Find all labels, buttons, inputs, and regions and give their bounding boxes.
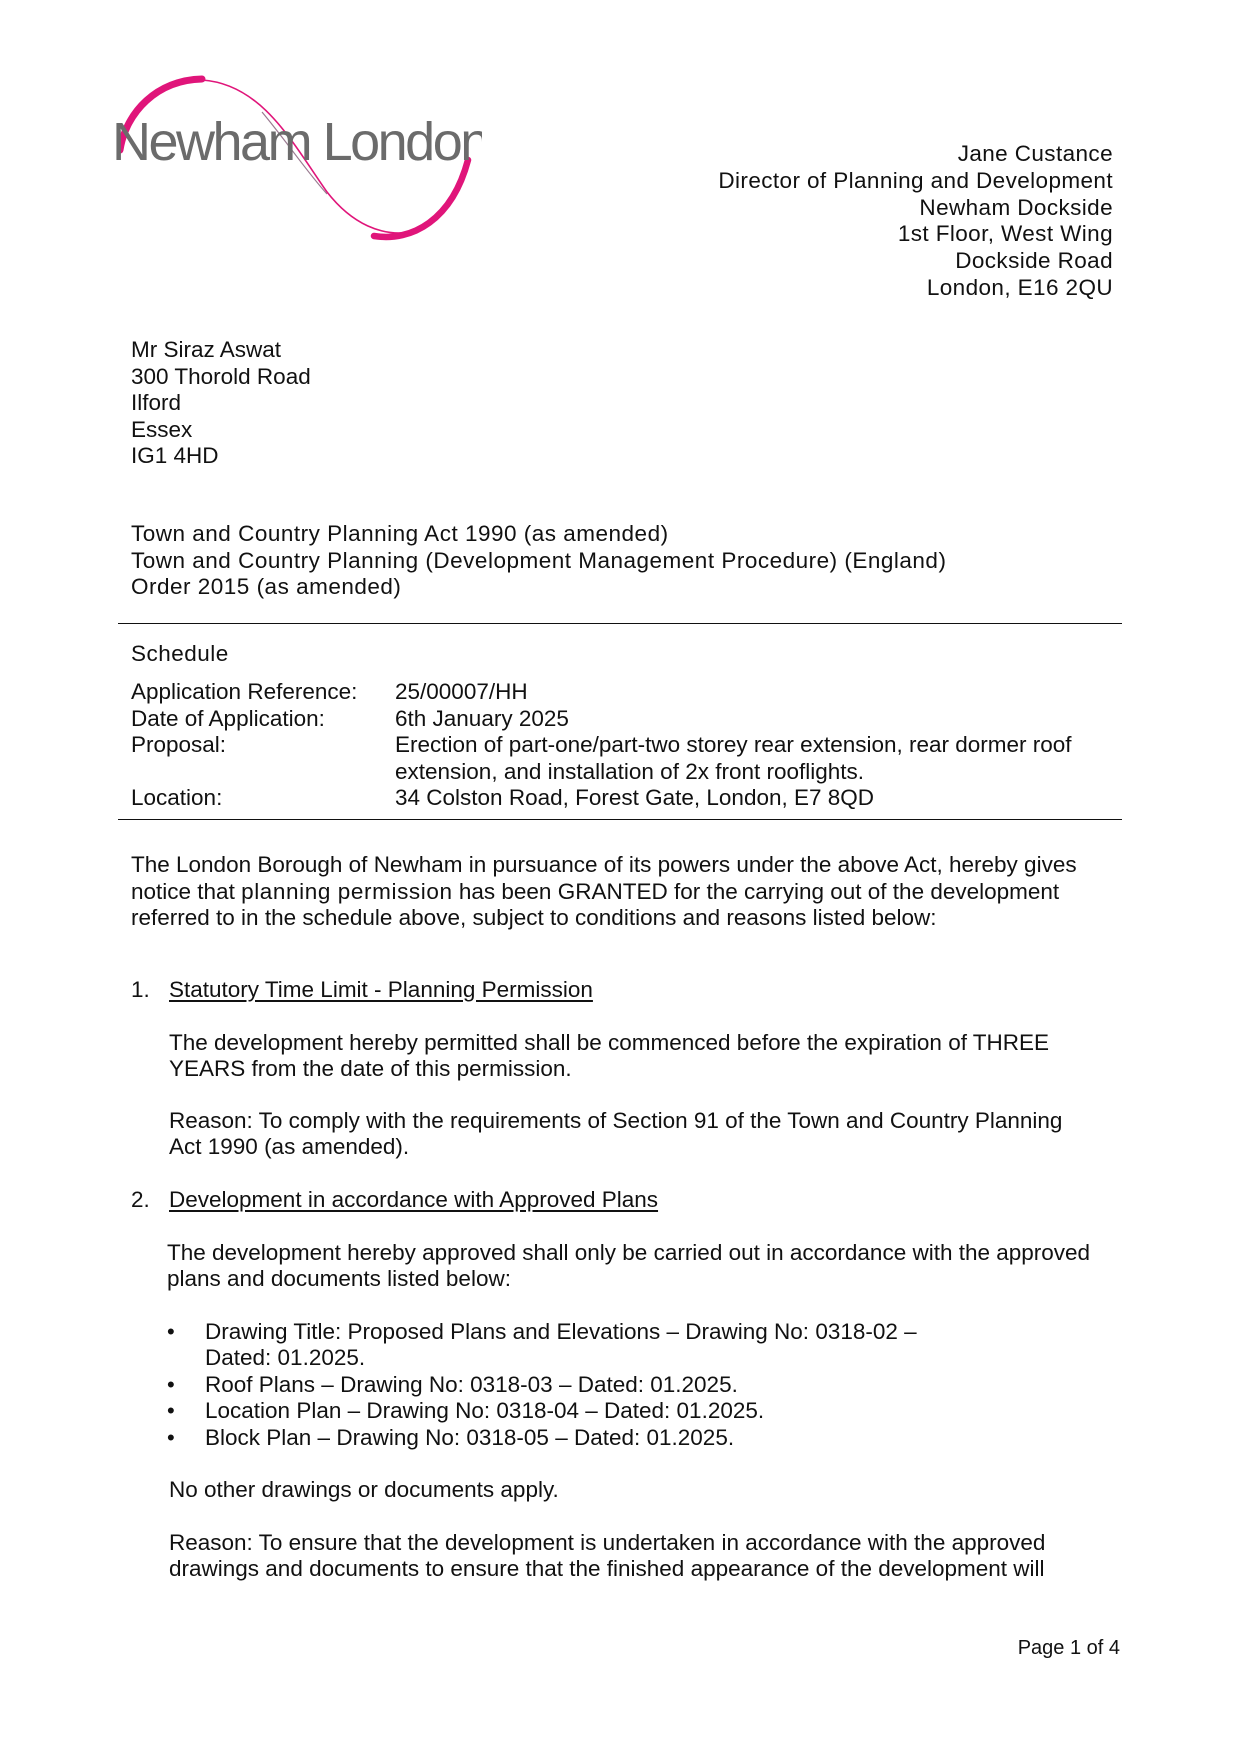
- sender-address-line: London, E16 2QU: [718, 275, 1113, 302]
- schedule-row-proposal: Proposal: Erection of part-one/part-two …: [131, 732, 1121, 785]
- recipient-postcode: IG1 4HD: [131, 443, 311, 470]
- sender-name: Jane Custance: [718, 141, 1113, 168]
- recipient-address-line: 300 Thorold Road: [131, 364, 311, 391]
- schedule-label: Application Reference:: [131, 679, 395, 706]
- logo-text: Newham London: [112, 112, 482, 172]
- newham-london-logo: Newham London: [112, 72, 482, 242]
- condition-note: No other drawings or documents apply.: [169, 1477, 1111, 1504]
- list-item: Roof Plans – Drawing No: 0318-03 – Dated…: [131, 1372, 1061, 1399]
- legislation-references: Town and Country Planning Act 1990 (as a…: [131, 521, 946, 601]
- schedule-label: Date of Application:: [131, 706, 395, 733]
- recipient-address-line: Essex: [131, 417, 311, 444]
- sender-address: Jane Custance Director of Planning and D…: [718, 141, 1113, 302]
- schedule-row-date: Date of Application: 6th January 2025: [131, 706, 1121, 733]
- act-line: Town and Country Planning (Development M…: [131, 548, 946, 575]
- condition-body: The development hereby permitted shall b…: [169, 1030, 1099, 1083]
- recipient-name: Mr Siraz Aswat: [131, 337, 311, 364]
- condition-title: Development in accordance with Approved …: [169, 1187, 658, 1214]
- sender-title: Director of Planning and Development: [718, 168, 1113, 195]
- list-item: Location Plan – Drawing No: 0318-04 – Da…: [131, 1398, 1061, 1425]
- page-number: Page 1 of 4: [1018, 1637, 1120, 1660]
- sender-address-line: 1st Floor, West Wing: [718, 221, 1113, 248]
- condition-reason: Reason: To comply with the requirements …: [169, 1108, 1099, 1161]
- condition-heading: 2. Development in accordance with Approv…: [131, 1187, 1111, 1214]
- proposal-description: Erection of part-one/part-two storey rea…: [395, 732, 1095, 785]
- schedule-row-location: Location: 34 Colston Road, Forest Gate, …: [131, 785, 1121, 812]
- list-item: Drawing Title: Proposed Plans and Elevat…: [131, 1319, 985, 1372]
- schedule-row-reference: Application Reference: 25/00007/HH: [131, 679, 1121, 706]
- schedule-label: Location:: [131, 785, 395, 812]
- condition-title: Statutory Time Limit - Planning Permissi…: [169, 977, 593, 1004]
- condition-heading: 1. Statutory Time Limit - Planning Permi…: [131, 977, 1111, 1004]
- condition-body: The development hereby approved shall on…: [167, 1240, 1112, 1293]
- approved-plans-list: Drawing Title: Proposed Plans and Elevat…: [131, 1319, 1061, 1452]
- schedule-title: Schedule: [131, 641, 229, 667]
- recipient-address: Mr Siraz Aswat 300 Thorold Road Ilford E…: [131, 337, 311, 470]
- application-reference: 25/00007/HH: [395, 679, 1121, 706]
- decision-notice-paragraph: The London Borough of Newham in pursuanc…: [131, 852, 1091, 932]
- condition-number: 2.: [131, 1187, 169, 1214]
- schedule-label: Proposal:: [131, 732, 395, 785]
- schedule-table: Application Reference: 25/00007/HH Date …: [131, 679, 1121, 812]
- site-location: 34 Colston Road, Forest Gate, London, E7…: [395, 785, 1121, 812]
- sender-address-line: Dockside Road: [718, 248, 1113, 275]
- condition-2: 2. Development in accordance with Approv…: [131, 1187, 1111, 1583]
- sender-address-line: Newham Dockside: [718, 195, 1113, 222]
- condition-reason: Reason: To ensure that the development i…: [169, 1530, 1094, 1583]
- application-date: 6th January 2025: [395, 706, 1121, 733]
- schedule-bottom-rule: [118, 819, 1122, 820]
- act-line: Order 2015 (as amended): [131, 574, 946, 601]
- schedule-top-rule: [118, 623, 1122, 624]
- list-item: Block Plan – Drawing No: 0318-05 – Dated…: [131, 1425, 1061, 1452]
- condition-number: 1.: [131, 977, 169, 1004]
- recipient-address-line: Ilford: [131, 390, 311, 417]
- act-line: Town and Country Planning Act 1990 (as a…: [131, 521, 946, 548]
- condition-1: 1. Statutory Time Limit - Planning Permi…: [131, 977, 1111, 1161]
- intro-emphasis: planning permission: [241, 879, 453, 904]
